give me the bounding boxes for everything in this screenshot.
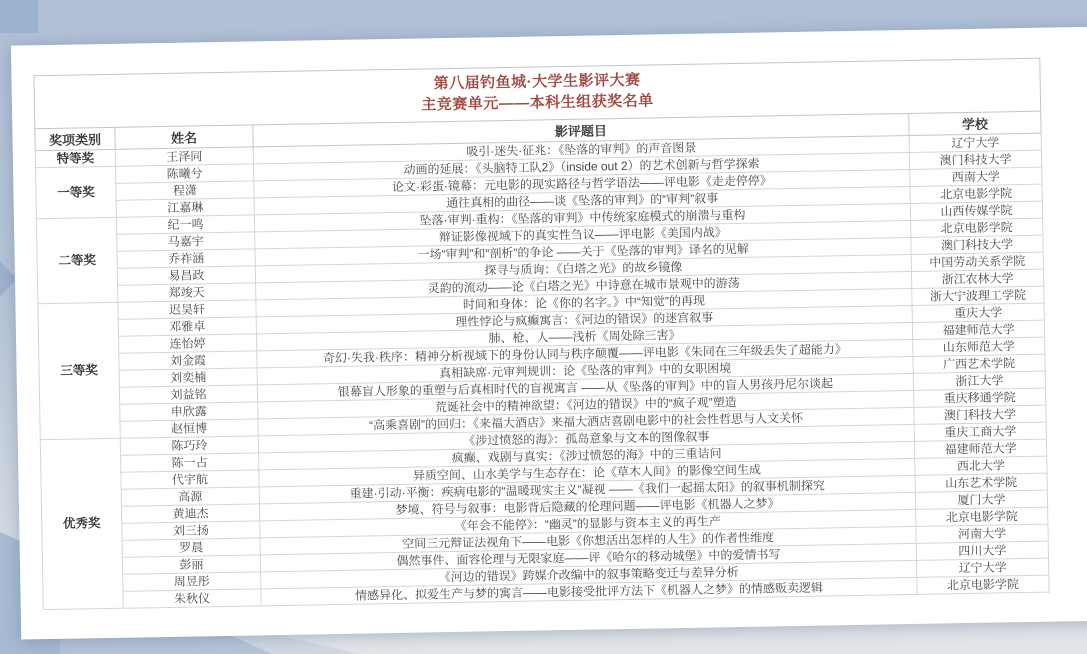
header-name: 姓名 [115, 125, 253, 149]
awards-table-body: 特等奖王泽同吸引·迷失·征兆：《坠落的审判》的声音图景辽宁大学一等奖陈曦兮动画的… [35, 133, 1049, 609]
header-award-category: 奖项类别 [35, 127, 115, 150]
document-page: 第八届钓鱼城·大学生影评大赛 主竞赛单元——本科生组获奖名单 奖项类别 姓名 影… [11, 26, 1087, 639]
award-category-cell: 一等奖 [36, 166, 117, 218]
award-category-cell: 三等奖 [38, 302, 120, 439]
awards-table: 第八届钓鱼城·大学生影评大赛 主竞赛单元——本科生组获奖名单 奖项类别 姓名 影… [33, 58, 1049, 610]
award-category-cell: 特等奖 [35, 149, 115, 167]
school-cell: 北京电影学院 [917, 575, 1049, 594]
header-school: 学校 [909, 111, 1041, 135]
decorative-square-top-left [0, 0, 38, 33]
award-category-cell: 二等奖 [36, 217, 117, 303]
award-category-cell: 优秀奖 [40, 438, 123, 609]
awards-document: 第八届钓鱼城·大学生影评大赛 主竞赛单元——本科生组获奖名单 奖项类别 姓名 影… [33, 58, 1048, 610]
winner-name-cell: 朱秋仪 [123, 589, 261, 608]
